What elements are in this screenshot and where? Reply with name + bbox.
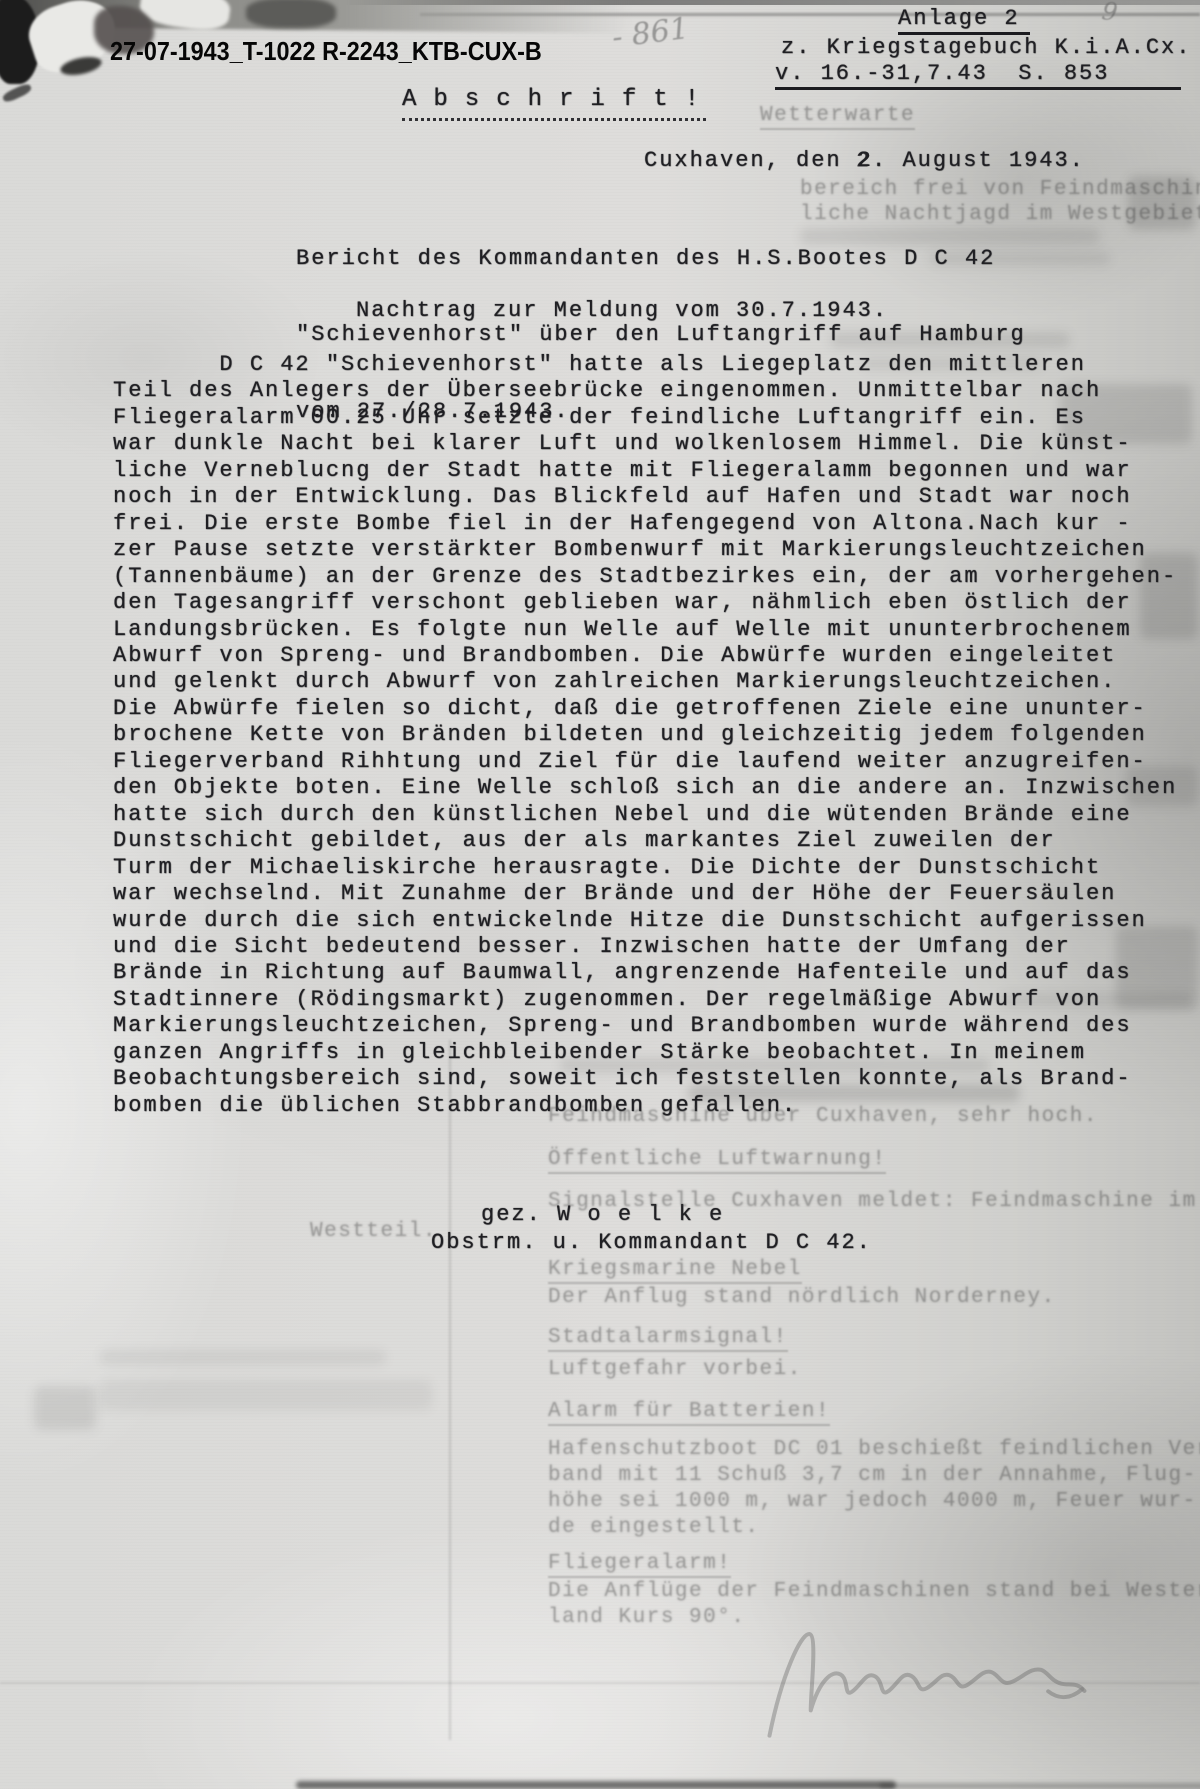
bleedthrough-line: Die Anflüge der Feindmaschinen stand bei… bbox=[548, 1580, 1200, 1603]
header-date-range: v. 16.-31,7.43 S. 853 bbox=[775, 61, 1181, 86]
bleedthrough-smudge bbox=[100, 1350, 386, 1365]
bleedthrough-line: Der Anflug stand nördlich Norderney. bbox=[548, 1286, 1056, 1309]
bleedthrough-line: land Kurs 90°. bbox=[548, 1606, 745, 1629]
bleedthrough-line: band mit 11 Schuß 3,7 cm in der Annahme,… bbox=[548, 1464, 1197, 1487]
body-line: noch in der Entwicklung. Das Blickfeld a… bbox=[113, 484, 1177, 510]
bleedthrough-line: de eingestellt. bbox=[548, 1516, 760, 1539]
body-line: zer Pause setzte verstärkter Bombenwurf … bbox=[113, 537, 1177, 563]
bleedthrough-line: Wetterwarte bbox=[760, 104, 915, 130]
body-line: Landungsbrücken. Es folgte nun Welle auf… bbox=[113, 617, 1177, 643]
document-title-text: A b s c h r i f t ! bbox=[402, 86, 706, 121]
body-line: war wechselnd. Mit Zunahme der Brände un… bbox=[113, 881, 1177, 907]
subject-line: Bericht des Kommandanten des H.S.Bootes … bbox=[296, 246, 1026, 272]
torn-tick bbox=[1, 82, 32, 104]
body-line: hatte sich durch den künstlichen Nebel u… bbox=[113, 802, 1177, 828]
body-line: liche Verneblucng der Stadt hatte mit Fl… bbox=[113, 458, 1177, 484]
bleedthrough-smudge bbox=[1140, 553, 1198, 639]
body-line: Markierungsleuchtzeichen, Spreng- und Br… bbox=[113, 1013, 1177, 1039]
body-line: den Tagesangriff verschont geblieben war… bbox=[113, 590, 1177, 616]
body-line: Teil des Anlegers der Überseebrücke eing… bbox=[113, 378, 1177, 404]
bleedthrough-line: Öffentliche Luftwarnung! bbox=[548, 1148, 886, 1174]
bleedthrough-smudge bbox=[688, 1084, 1020, 1102]
bleedthrough-line: Alarm für Batterien! bbox=[548, 1400, 830, 1426]
bleedthrough-line: Westteil. bbox=[310, 1220, 437, 1243]
dateline-post: . August 1943. bbox=[872, 148, 1085, 173]
body-line: Abwurf von Spreng- und Brandbomben. Die … bbox=[113, 643, 1177, 669]
body-line: brochene Kette von Bränden bildeten und … bbox=[113, 722, 1177, 748]
bleedthrough-line: Feindmaschine über Cuxhaven, sehr hoch. bbox=[548, 1105, 1098, 1128]
fold-crease-vertical bbox=[449, 1040, 451, 1740]
bleedthrough-smudge bbox=[100, 1380, 432, 1410]
body-line: (Tannenbäume) an der Grenze des Stadtbez… bbox=[113, 564, 1177, 590]
bleedthrough-smudge bbox=[800, 228, 1100, 244]
header-anlage-text: Anlage 2 bbox=[898, 6, 1030, 35]
header-kriegstagebuch: z. Kriegstagebuch K.i.A.Cx. bbox=[781, 35, 1191, 60]
body-line: Fliegeralarm 00.25 Uhr setzte der feindl… bbox=[113, 405, 1177, 431]
bleedthrough-smudge bbox=[560, 1058, 990, 1073]
document-scan: 27-07-1943_T-1022 R-2243_KTB-CUX-B - 861… bbox=[0, 0, 1200, 1789]
body-line: war dunkle Nacht bei klarer Luft und wol… bbox=[113, 431, 1177, 457]
bleedthrough-line: Hafenschutzboot DC 01 beschießt feindlic… bbox=[548, 1438, 1200, 1461]
header-anlage: Anlage 2 bbox=[898, 6, 1030, 31]
torn-dark-blob bbox=[246, 0, 336, 28]
handwritten-signature bbox=[742, 1585, 1094, 1746]
bottom-edge-smear-2 bbox=[880, 1783, 1200, 1789]
body-line: Turm der Michaeliskirche herausragte. Di… bbox=[113, 855, 1177, 881]
handwritten-mark: 9 bbox=[1100, 0, 1119, 27]
bleedthrough-line: Kriegsmarine Nebel bbox=[548, 1258, 802, 1284]
body-line: und gelenkt durch Abwurf von zahlreichen… bbox=[113, 669, 1177, 695]
signature-title: Obstrm. u. Kommandant D C 42. bbox=[431, 1230, 872, 1255]
dateline-day-overstruck: 2 bbox=[857, 148, 872, 173]
document-title: A b s c h r i f t ! bbox=[402, 86, 706, 113]
bottom-edge-smear bbox=[296, 1781, 896, 1789]
bleedthrough-smudge bbox=[930, 252, 1110, 265]
dateline-pre: Cuxhaven, den bbox=[644, 148, 857, 173]
subheading: Nachtrag zur Meldung vom 30.7.1943. bbox=[356, 298, 888, 323]
body-line: Dunstschicht gebildet, aus der als marka… bbox=[113, 828, 1177, 854]
body-line: Brände in Richtung auf Baumwall, angrenz… bbox=[113, 960, 1177, 986]
bleedthrough-smudge bbox=[1060, 384, 1192, 444]
dateline: Cuxhaven, den 2. August 1943. bbox=[644, 148, 1085, 173]
header-date-range-text: v. 16.-31,7.43 S. 853 bbox=[775, 61, 1181, 90]
body-line: und die Sicht bedeutend besser. Inzwisch… bbox=[113, 934, 1177, 960]
bleedthrough-line: Stadtalarmsignal! bbox=[548, 1326, 788, 1352]
body-line: den Objekte boten. Eine Welle schloß sic… bbox=[113, 775, 1177, 801]
bleedthrough-smudge bbox=[34, 1386, 96, 1430]
archive-reference-label: 27-07-1943_T-1022 R-2243_KTB-CUX-B bbox=[110, 36, 542, 67]
bleedthrough-line: Luftgefahr vorbei. bbox=[548, 1358, 802, 1381]
bleedthrough-smudge bbox=[1000, 993, 1192, 1007]
body-line: wurde durch die sich entwickelnde Hitze … bbox=[113, 908, 1177, 934]
bleedthrough-line: Signalstelle Cuxhaven meldet: Feindmasch… bbox=[548, 1190, 1197, 1213]
body-line: Die Abwürfe fielen so dicht, daß die get… bbox=[113, 696, 1177, 722]
body-line: frei. Die erste Bombe fiel in der Hafeng… bbox=[113, 511, 1177, 537]
bleedthrough-smudge bbox=[830, 332, 1070, 348]
bleedthrough-line: Fliegeralarm! bbox=[548, 1552, 731, 1578]
bleedthrough-smudge bbox=[1128, 176, 1196, 230]
bleedthrough-line: höhe sei 1000 m, war jedoch 4000 m, Feue… bbox=[548, 1490, 1197, 1513]
bleedthrough-smudge bbox=[1126, 766, 1198, 806]
body-line: Fliegerverband Rihhtung und Ziel für die… bbox=[113, 749, 1177, 775]
bleedthrough-smudge bbox=[862, 357, 1042, 370]
